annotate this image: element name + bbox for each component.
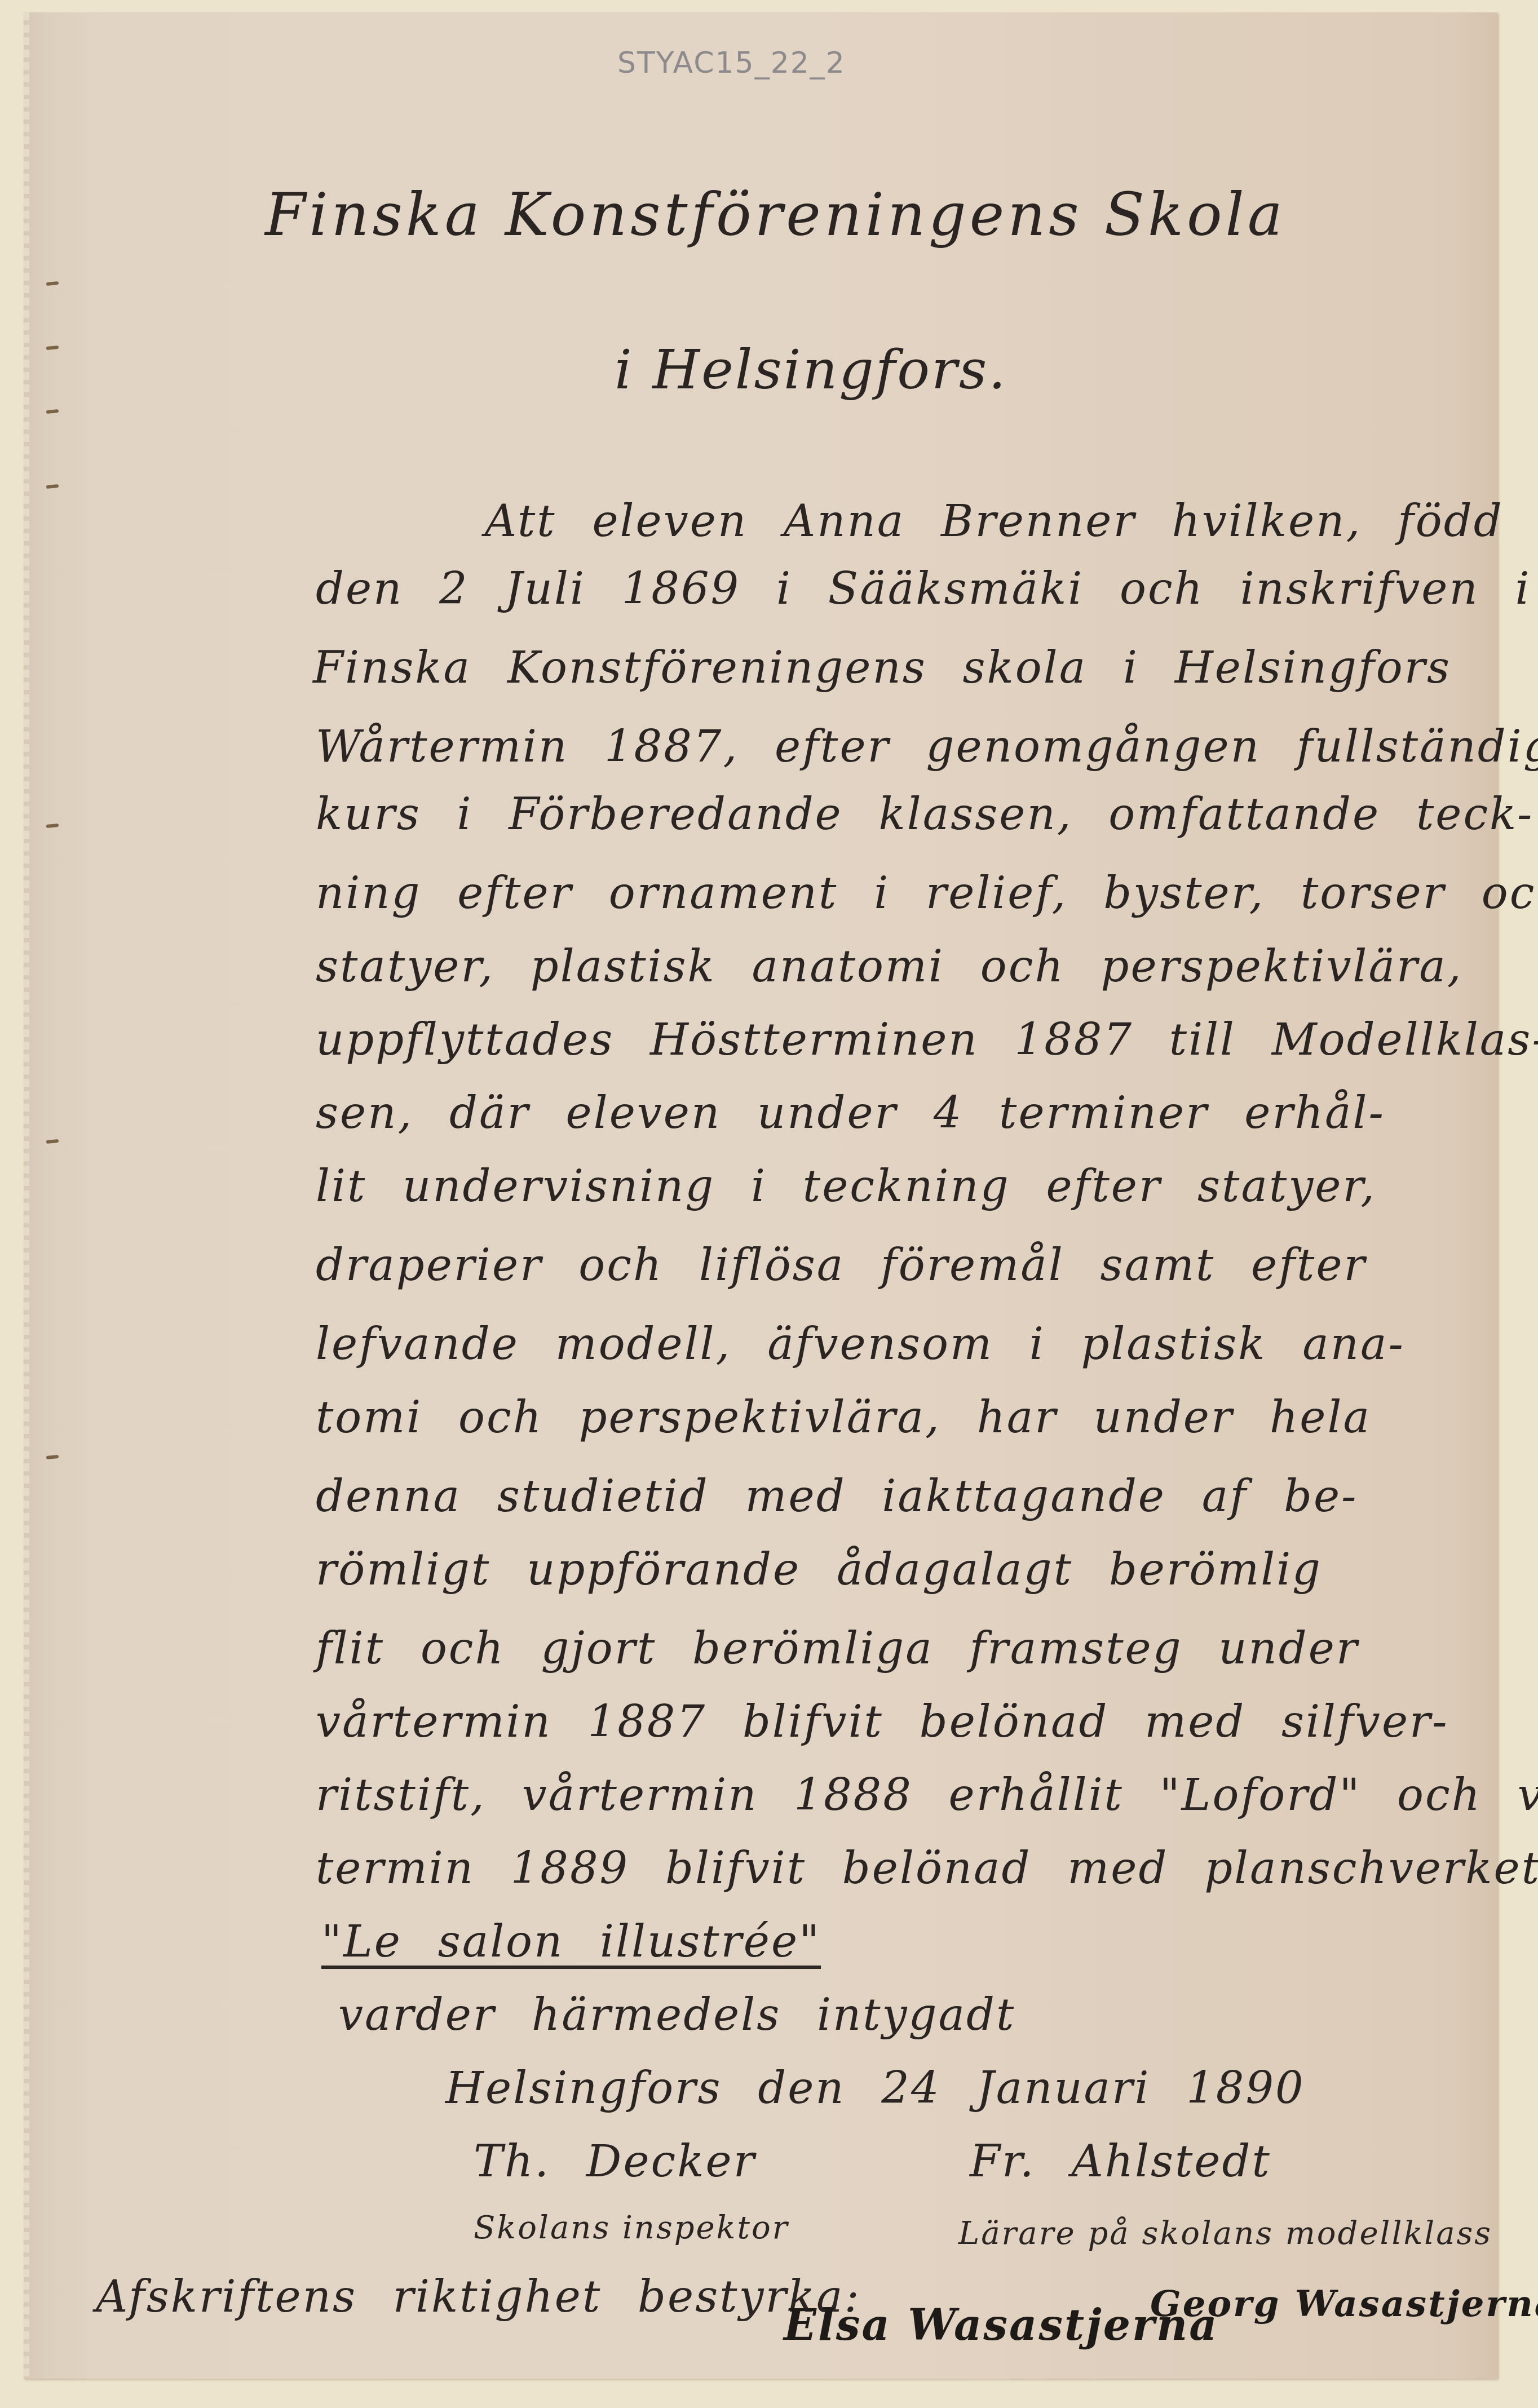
place-and-date: Helsingfors den 24 Januari 1890 [445,2063,1305,2114]
signatory-name: Fr. Ahlstedt [970,2136,1271,2187]
body-line: den 2 Juli 1869 i Sääksmäki och inskrifv… [316,564,1531,614]
body-line: Finska Konstföreningens skola i Helsingf… [313,643,1451,693]
body-line: flit och gjort berömliga framsteg under [316,1623,1359,1674]
binding-hole [46,484,59,489]
body-line: lit undervisning i teckning efter statye… [316,1161,1376,1212]
binding-hole [46,281,59,286]
document-subtitle: i Helsingfors. [615,338,1007,401]
body-line: tomi och perspektivlära, har under hela [316,1392,1371,1443]
signatory-role: Skolans inspektor [474,2210,789,2246]
body-line: ritstift, vårtermin 1888 erhållit "Lofor… [316,1770,1538,1821]
closing-formula: varder härmedels intygadt [338,1990,1015,2040]
body-line: Att eleven Anna Brenner hvilken, född [485,496,1504,547]
body-line: uppflyttades Höstterminen 1887 till Mode… [316,1015,1538,1065]
body-line: draperier och liflösa föremål samt efter [316,1240,1367,1291]
body-line-underlined: "Le salon illustrée" [321,1916,821,1967]
catalog-number: STYAC15_22_2 [617,46,846,80]
binding-hole [46,346,59,350]
binding-hole [46,1455,59,1459]
binding-hole [46,1139,59,1144]
document-title: Finska Konstföreningens Skola [265,180,1286,249]
body-line: ning efter ornament i relief, byster, to… [316,868,1538,919]
body-line: sen, där eleven under 4 terminer erhål- [316,1088,1385,1139]
attestation-label: Afskriftens riktighet bestyrka: [96,2272,861,2322]
body-line: denna studietid med iakttagande af be- [316,1471,1358,1522]
signatory-role: Lärare på skolans modellklass [958,2215,1492,2252]
binding-hole [46,824,59,828]
attestation-signature: Georg Wasastjerna [1150,2283,1538,2325]
signatory-name: Th. Decker [474,2136,756,2187]
body-line: Wårtermin 1887, efter genomgången fullst… [316,721,1538,772]
body-line: vårtermin 1887 blifvit belönad med silfv… [316,1697,1449,1747]
binding-hole [46,409,59,414]
body-line: termin 1889 blifvit belönad med planschv… [316,1843,1538,1894]
body-line: kurs i Förberedande klassen, omfattande … [316,789,1533,840]
body-line: römligt uppförande ådagalagt berömlig [316,1544,1322,1595]
body-line: lefvande modell, äfvensom i plastisk ana… [316,1319,1405,1370]
body-line: statyer, plastisk anatomi och perspektiv… [316,941,1463,992]
